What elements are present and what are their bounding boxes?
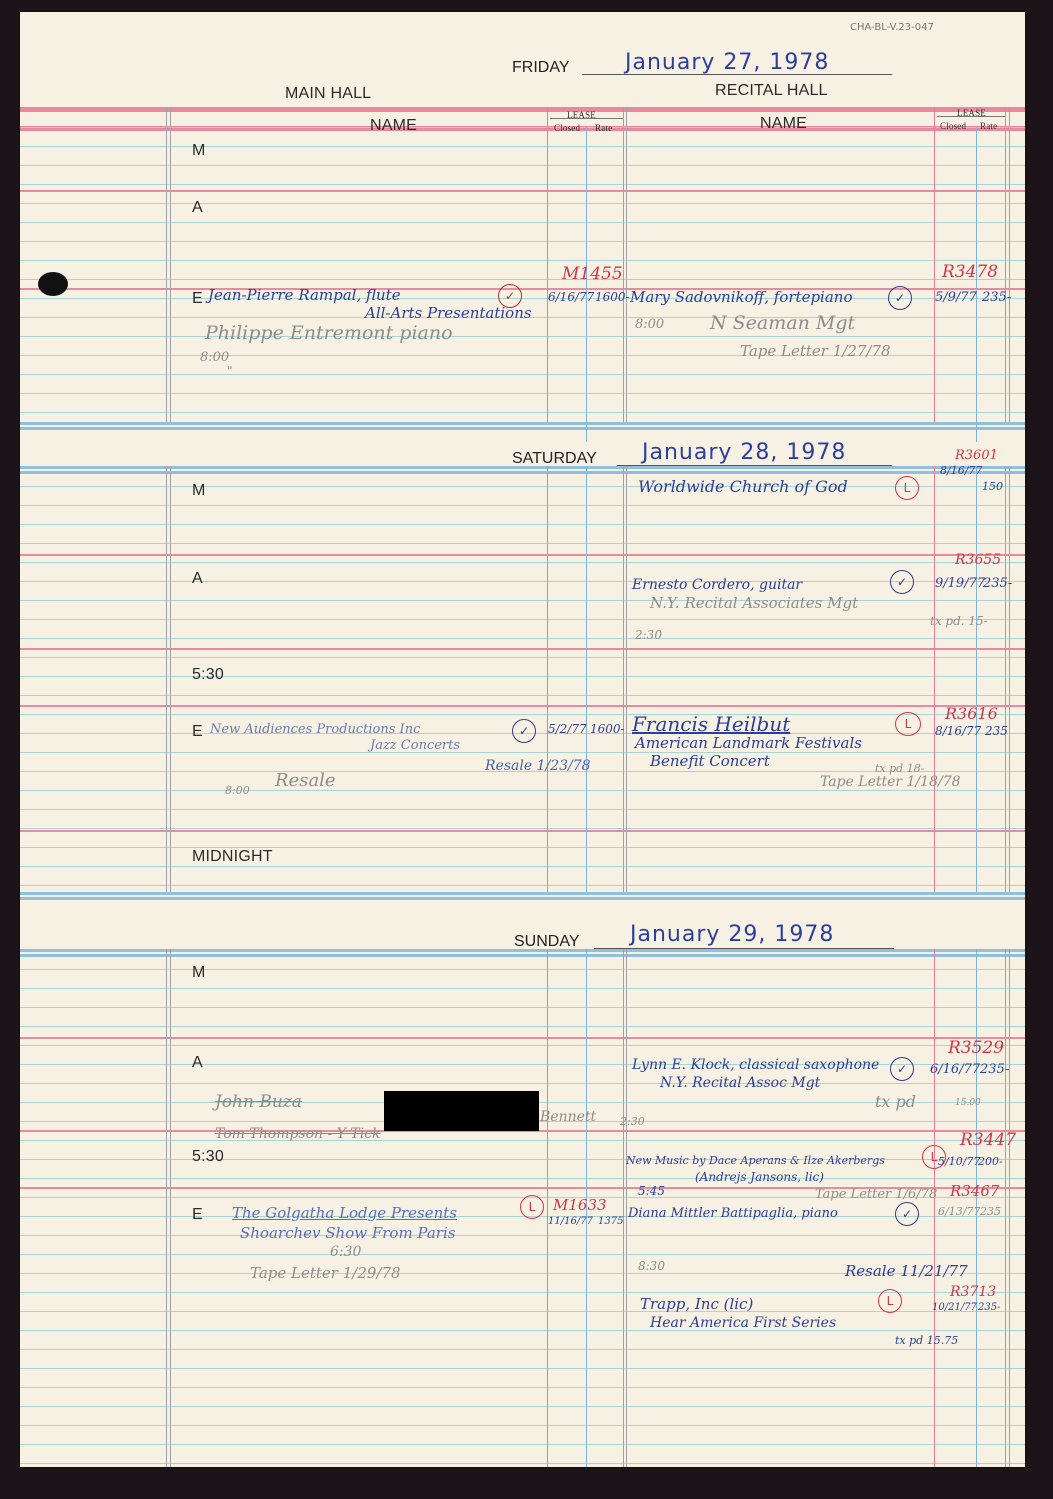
- lease-rate: 1375: [598, 1216, 623, 1227]
- lease-closed: 8/16/77: [940, 464, 982, 477]
- rule-line: [1005, 466, 1006, 892]
- entry-line: Jean-Pierre Rampal, flute: [208, 286, 401, 304]
- day-label-sunday: SUNDAY: [514, 933, 580, 951]
- entry-time: 8:00: [225, 784, 250, 797]
- date-sunday: January 29, 1978: [630, 922, 834, 947]
- check-circle-icon: ✓: [890, 1057, 914, 1081]
- entry-line: Francis Heilbut: [632, 712, 790, 736]
- entry-line: American Landmark Festivals: [635, 734, 862, 752]
- binder-hole: [38, 272, 68, 296]
- lease-closed: 9/19/77: [935, 576, 985, 591]
- day-label-saturday: SATURDAY: [512, 450, 597, 468]
- entry-line: Lynn E. Klock, classical saxophone: [632, 1057, 879, 1073]
- rule-line: [20, 427, 1025, 430]
- contract-number: M1633: [553, 1196, 607, 1214]
- entry-time: 8:00: [635, 317, 664, 332]
- contract-number: R3713: [950, 1284, 996, 1300]
- lease-rate: 1600-: [595, 290, 630, 304]
- rule-line: [166, 949, 167, 1467]
- lease-closed: 8/16/77: [935, 724, 981, 738]
- rule-line: [626, 949, 627, 1467]
- time-a: A: [192, 1054, 203, 1072]
- struck-entry: Tom Thompson - Y Tick: [215, 1126, 381, 1142]
- resale-note: Resale 1/23/78: [485, 758, 591, 774]
- date-saturday: January 28, 1978: [642, 440, 846, 465]
- rule-line: [623, 466, 624, 892]
- time-e: E: [192, 1206, 203, 1224]
- lease-rate: 235: [980, 1205, 1001, 1218]
- entry-line: Tape Letter 1/27/78: [740, 342, 891, 360]
- main-hall-heading: MAIN HALL: [285, 85, 371, 103]
- check-circle-icon: ✓: [498, 284, 522, 308]
- check-circle-icon: L: [878, 1289, 902, 1313]
- contract-number: R3529: [948, 1038, 1004, 1058]
- rule-line: [586, 127, 587, 442]
- time-530: 5:30: [192, 1148, 224, 1166]
- lease-closed: 6/16/77: [548, 290, 594, 304]
- check-circle-icon: ✓: [888, 286, 912, 310]
- recital-lease-heading: LEASE: [957, 108, 986, 118]
- time-m: M: [192, 142, 206, 160]
- contract-number: R3478: [942, 262, 998, 282]
- time-m: M: [192, 964, 206, 982]
- contract-number: M1455: [562, 264, 623, 284]
- rule-line: [166, 466, 167, 892]
- entry-line: Worldwide Church of God: [638, 477, 848, 496]
- lease-closed: 10/21/77: [932, 1302, 977, 1313]
- lease-rate: 1600-: [590, 722, 625, 736]
- entry-line: (Andrejs Jansons, lic): [695, 1170, 824, 1184]
- entry-line: Jazz Concerts: [370, 738, 460, 753]
- date-friday: January 27, 1978: [625, 50, 829, 75]
- check-circle-icon: ✓: [895, 1202, 919, 1226]
- rule-line: [1005, 949, 1006, 1467]
- entry-time: 2:30: [620, 1115, 645, 1128]
- rule-line: [626, 466, 627, 892]
- lease-closed: 5/10/77: [938, 1155, 980, 1168]
- lease-closed: 5/2/77: [548, 722, 587, 736]
- entry-line: New Audiences Productions Inc: [210, 722, 420, 737]
- lease-closed: 5/9/77: [935, 290, 977, 305]
- entry-line: N.Y. Recital Associates Mgt: [650, 594, 858, 612]
- rule-line: [976, 466, 977, 892]
- entry-time: 2:30: [635, 628, 662, 642]
- lease-rate: 235-: [980, 1062, 1009, 1077]
- rule-line: [20, 892, 1025, 895]
- contract-number: R3655: [955, 552, 1001, 568]
- entry-time: 8:00: [200, 350, 229, 365]
- rule-line: [170, 107, 171, 422]
- recital-hall-heading: RECITAL HALL: [715, 82, 828, 100]
- recital-name-heading: NAME: [760, 115, 807, 133]
- tax-paid: tx pd: [875, 1092, 916, 1111]
- entry-line: Philippe Entremont piano: [205, 322, 453, 344]
- rule-line: [934, 466, 935, 892]
- lease-closed: 6/16/77: [930, 1062, 980, 1077]
- entry-line: The Golgatha Lodge Presents: [232, 1204, 457, 1222]
- ledger-page: CHA-BL-V.23-047 FRIDAY January 27, 1978 …: [20, 12, 1025, 1467]
- lease-rate: 235-: [983, 576, 1012, 591]
- redaction-block: [384, 1091, 539, 1131]
- resale-note: Resale: [275, 770, 336, 791]
- struck-entry: Bennett: [540, 1109, 596, 1125]
- lease-closed: 11/16/77: [548, 1216, 593, 1227]
- rule-line: [976, 127, 977, 442]
- rule-line: [547, 107, 548, 422]
- check-circle-icon: L: [895, 712, 921, 736]
- time-a: A: [192, 199, 203, 217]
- rule-line: [166, 107, 167, 422]
- entry-time: 5:45: [638, 1184, 665, 1198]
- entry-line: Diana Mittler Battipaglia, piano: [628, 1206, 838, 1221]
- check-circle-icon: L: [895, 476, 919, 500]
- rule-line: [170, 949, 171, 1467]
- rule-line: [20, 422, 1025, 425]
- lease-rate: 235-: [982, 290, 1011, 305]
- check-circle-icon: ✓: [512, 719, 536, 743]
- entry-line: Tape Letter 1/6/78: [815, 1187, 937, 1202]
- entry-line: Tape Letter 1/18/78: [820, 774, 961, 790]
- entry-line: Tape Letter 1/29/78: [250, 1264, 401, 1282]
- tax-paid: tx pd. 15-: [930, 614, 988, 628]
- contract-number: R3467: [950, 1182, 999, 1200]
- time-m: M: [192, 482, 206, 500]
- entry-line: Ernesto Cordero, guitar: [632, 577, 802, 593]
- entry-time: 6:30: [330, 1244, 361, 1260]
- rule-line: [1009, 107, 1010, 422]
- rule-line: [934, 949, 935, 1467]
- rule-line: [170, 466, 171, 892]
- rule-line: [586, 466, 587, 892]
- rule-line: [20, 897, 1025, 900]
- resale-note: Resale 11/21/77: [845, 1262, 968, 1280]
- lease-closed: 6/13/77: [938, 1205, 980, 1218]
- lease-rate: 200-: [978, 1155, 1003, 1168]
- recital-closed-heading: Closed: [940, 121, 966, 131]
- main-name-heading: NAME: [370, 117, 417, 135]
- entry-time: 8:30: [638, 1259, 665, 1273]
- time-530: 5:30: [192, 666, 224, 684]
- rule-line: [934, 107, 935, 422]
- check-circle-icon: L: [520, 1195, 544, 1219]
- entry-line: Trapp, Inc (lic): [640, 1295, 753, 1313]
- main-closed-heading: Closed: [554, 123, 580, 133]
- check-circle-icon: ✓: [890, 570, 914, 594]
- time-a: A: [192, 570, 203, 588]
- lease-rate: 150: [982, 480, 1003, 493]
- tax-amount: 15.00: [955, 1098, 981, 1108]
- rule-line: [626, 107, 627, 422]
- contract-number: R3616: [945, 704, 998, 723]
- entry-line: Hear America First Series: [650, 1315, 836, 1331]
- time-e: E: [192, 290, 203, 308]
- entry-line: N Seaman Mgt: [710, 312, 855, 334]
- ditto-mark: ": [227, 364, 233, 378]
- main-lease-heading: LEASE: [567, 110, 596, 120]
- entry-line: New Music by Dace Aperans & Ilze Akerber…: [626, 1154, 885, 1167]
- rule-line: [623, 107, 624, 422]
- day-label-friday: FRIDAY: [512, 59, 569, 77]
- rule-line: [547, 466, 548, 892]
- reference-code: CHA-BL-V.23-047: [850, 22, 934, 33]
- rule-line: [623, 949, 624, 1467]
- lease-rate: 235: [985, 724, 1008, 738]
- entry-line: Benefit Concert: [650, 752, 770, 770]
- main-rate-heading: Rate: [595, 123, 612, 133]
- recital-rate-heading: Rate: [980, 121, 997, 131]
- contract-number: R3601: [955, 448, 998, 463]
- entry-line: Mary Sadovnikoff, fortepiano: [630, 288, 852, 306]
- entry-line: Shoarchev Show From Paris: [240, 1224, 455, 1242]
- lease-rate: 235-: [978, 1302, 1000, 1313]
- rule-line: [547, 949, 548, 1467]
- time-e: E: [192, 723, 203, 741]
- entry-line: N.Y. Recital Assoc Mgt: [660, 1075, 820, 1091]
- struck-entry: John Buza: [215, 1092, 302, 1112]
- rule-line: [1005, 107, 1006, 422]
- rule-line: [1009, 466, 1010, 892]
- tax-paid: tx pd 15.75: [895, 1334, 958, 1347]
- time-midnight: MIDNIGHT: [192, 848, 273, 866]
- contract-number: R3447: [960, 1130, 1016, 1150]
- rule-line: [1009, 949, 1010, 1467]
